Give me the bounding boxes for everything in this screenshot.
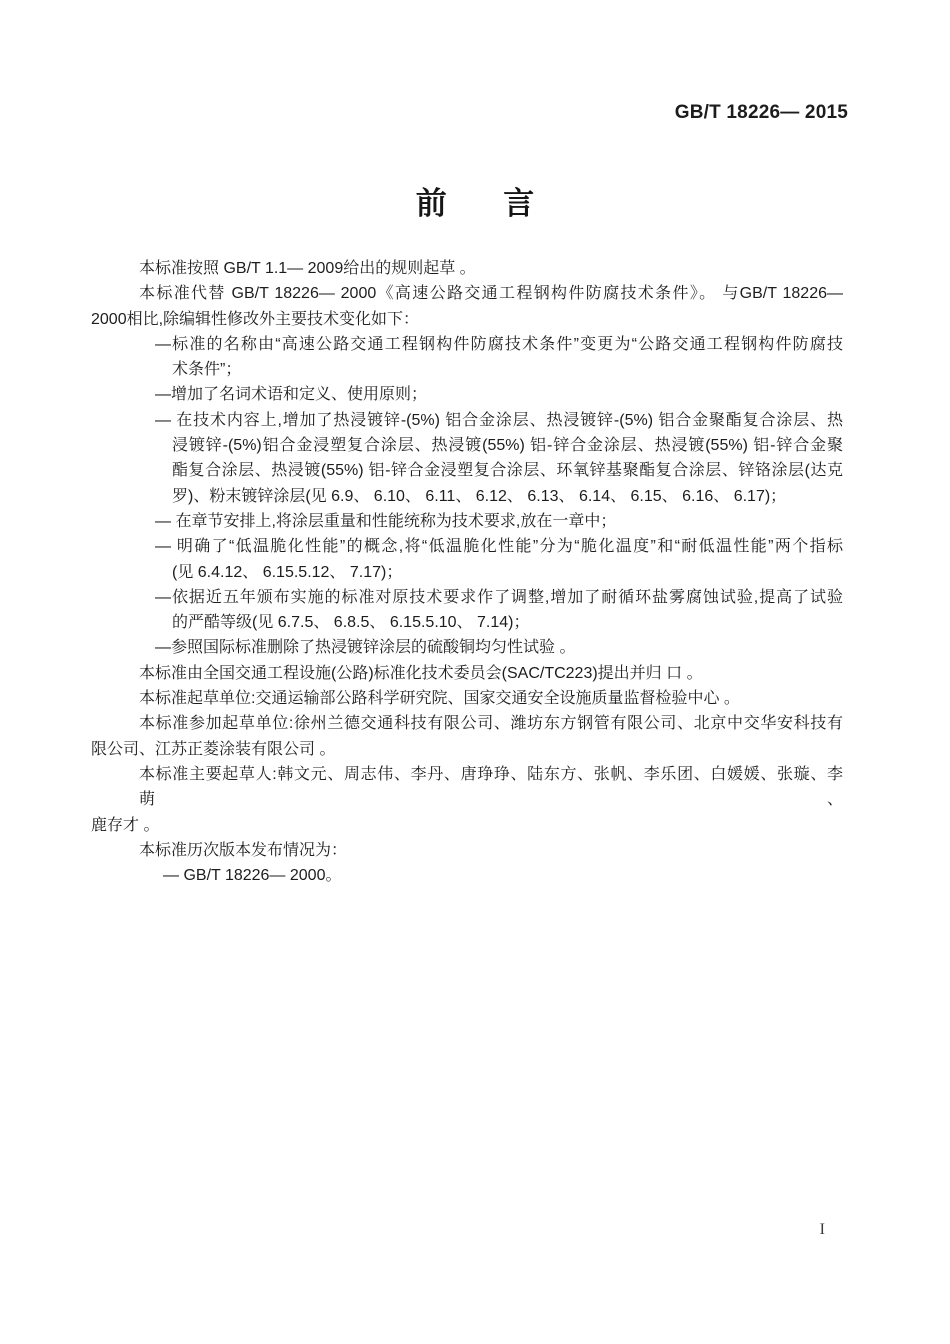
text-line: 本标准历次版本发布情况为： [91, 838, 843, 863]
text-line: — 在章节安排上,将涂层重量和性能统称为技术要求,放在一章中； [91, 509, 843, 534]
text-line: 2000相比,除编辑性修改外主要技术变化如下： [91, 307, 843, 332]
text-line: —参照国际标准删除了热浸镀锌涂层的硫酸铜均匀性试验 。 [91, 635, 843, 660]
text-line: 限公司、江苏正菱涂装有限公司 。 [91, 737, 843, 762]
standard-code-header: GB/T 18226— 2015 [675, 102, 848, 124]
text-line: — 明确了“低温脆化性能”的概念,将“低温脆化性能”分为“脆化温度”和“耐低温性… [91, 534, 843, 559]
text-line: 鹿存才 。 [91, 813, 843, 838]
text-line: —标准的名称由“高速公路交通工程钢构件防腐技术条件”变更为“公路交通工程钢构件防… [91, 332, 843, 357]
text-line: 本标准主要起草人:韩文元、周志伟、李丹、唐琤琤、陆东方、张帆、李乐团、白媛媛、张… [91, 762, 843, 813]
foreword-body: 本标准按照 GB/T 1.1— 2009给出的规则起草 。 本标准代替 GB/T… [91, 256, 843, 888]
text-line: 本标准参加起草单位:徐州兰德交通科技有限公司、潍坊东方钢管有限公司、北京中交华安… [91, 711, 843, 736]
text-line: 本标准代替 GB/T 18226— 2000《高速公路交通工程钢构件防腐技术条件… [91, 281, 843, 306]
document-page: GB/T 18226— 2015 前 言 本标准按照 GB/T 1.1— 200… [0, 0, 950, 1344]
page-number: I [820, 1221, 825, 1239]
text-line: 的严酷等级(见 6.7.5、 6.8.5、 6.15.5.10、 7.14)； [91, 610, 843, 635]
text-line: 本标准由全国交通工程设施(公路)标准化技术委员会(SAC/TC223)提出并归 … [91, 661, 843, 686]
text-line: —依据近五年颁布实施的标准对原技术要求作了调整,增加了耐循环盐雾腐蚀试验,提高了… [91, 585, 843, 610]
text-line: 浸镀锌-(5%)铝合金浸塑复合涂层、热浸镀(55%) 铝-锌合金涂层、热浸镀(5… [91, 433, 843, 458]
text-line: 酯复合涂层、热浸镀(55%) 铝-锌合金浸塑复合涂层、环氧锌基聚酯复合涂层、锌铬… [91, 458, 843, 483]
text-line: 本标准起草单位:交通运输部公路科学研究院、国家交通安全设施质量监督检验中心 。 [91, 686, 843, 711]
page-title: 前 言 [0, 178, 950, 223]
text-line: 罗)、粉末镀锌涂层(见 6.9、 6.10、 6.11、 6.12、 6.13、… [91, 484, 843, 509]
text-line: —增加了名词术语和定义、使用原则； [91, 382, 843, 407]
text-line: — GB/T 18226— 2000。 [91, 863, 843, 888]
text-line: — 在技术内容上,增加了热浸镀锌-(5%) 铝合金涂层、热浸镀锌-(5%) 铝合… [91, 408, 843, 433]
text-line: 术条件”； [91, 357, 843, 382]
text-line: (见 6.4.12、 6.15.5.12、 7.17)； [91, 560, 843, 585]
text-line: 本标准按照 GB/T 1.1— 2009给出的规则起草 。 [91, 256, 843, 281]
